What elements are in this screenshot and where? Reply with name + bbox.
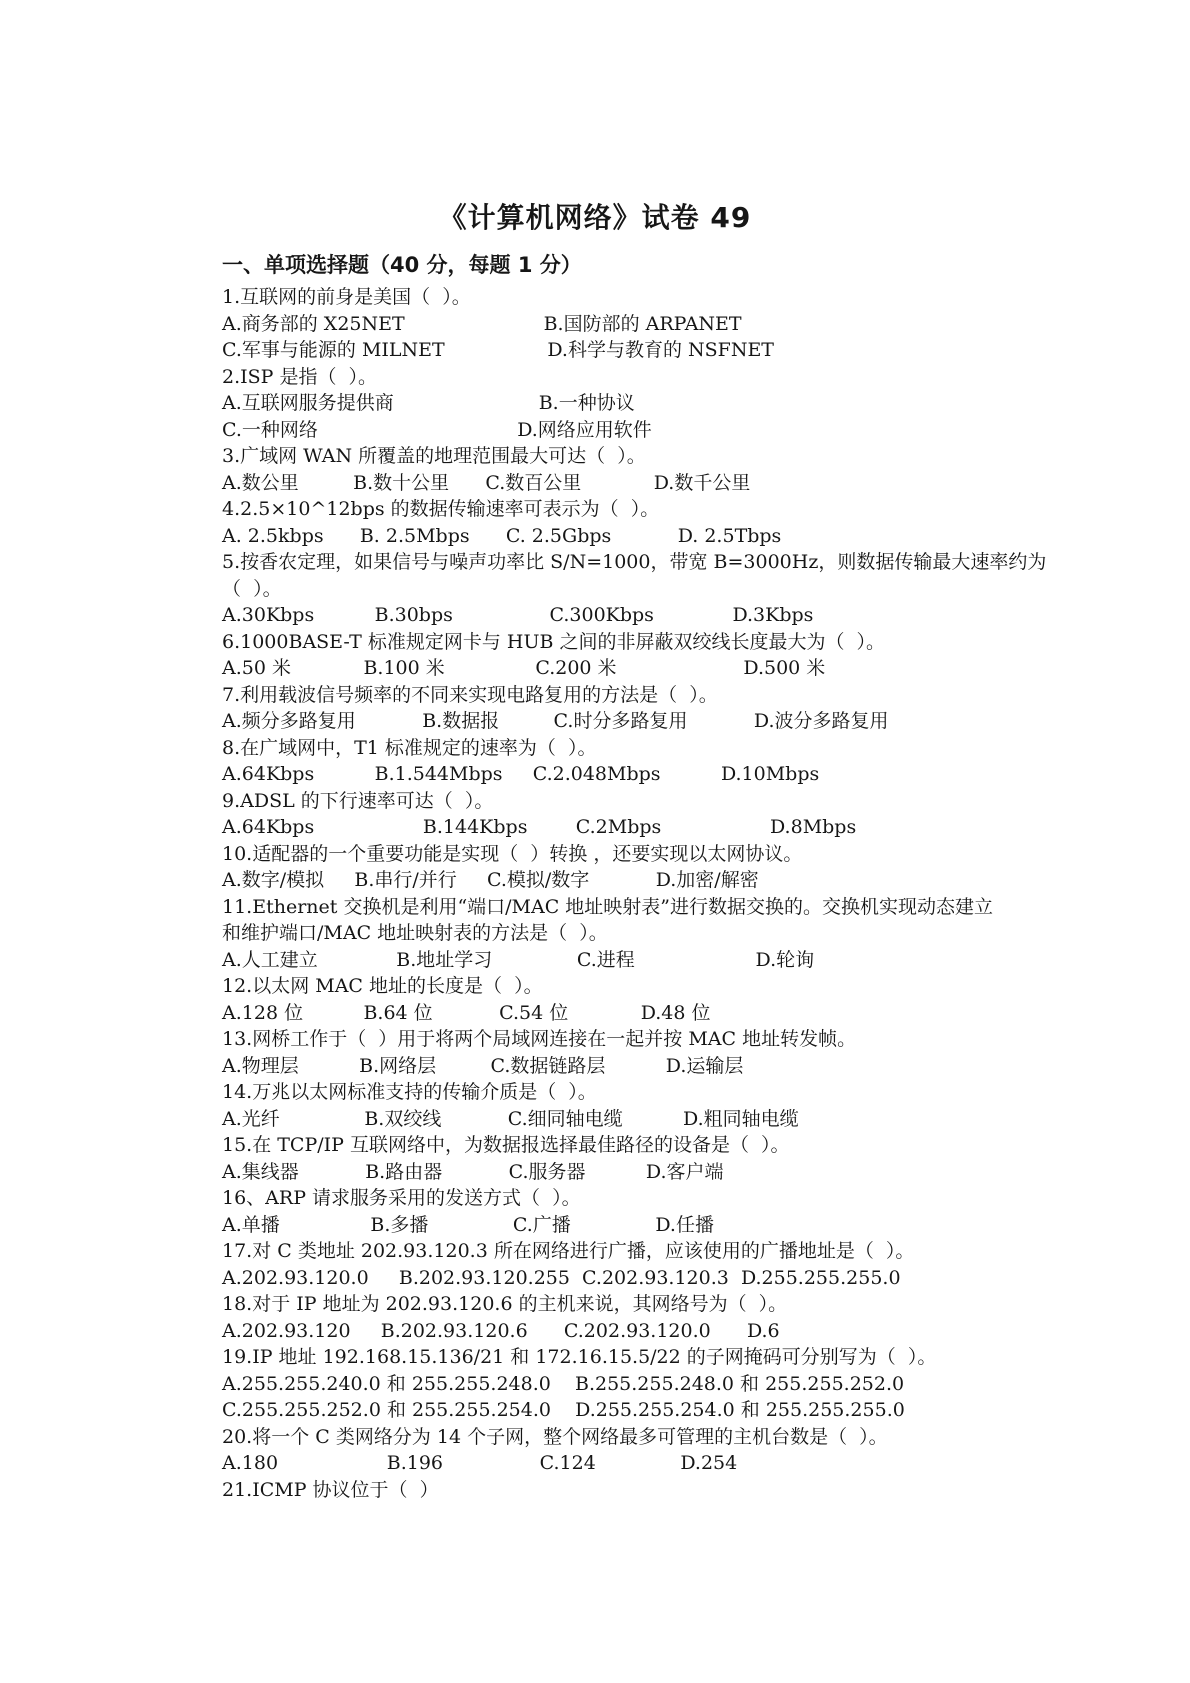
question-8-options: A.64Kbps B.1.544Mbps C.2.048Mbps D.10Mbp… — [222, 761, 1162, 788]
question-11-stem: 和维护端口/MAC 地址映射表的方法是（ ）。 — [222, 920, 1162, 947]
question-1-options: C.军事与能源的 MILNET D.科学与教育的 NSFNET — [222, 337, 1162, 364]
question-11-options: A.人工建立 B.地址学习 C.进程 D.轮询 — [222, 947, 1162, 974]
question-17-stem: 17.对 C 类地址 202.93.120.3 所在网络进行广播，应该使用的广播… — [222, 1238, 1162, 1265]
question-18-options: A.202.93.120 B.202.93.120.6 C.202.93.120… — [222, 1318, 1162, 1345]
page-title: 《计算机网络》试卷 49 — [0, 196, 1190, 236]
question-14-options: A.光纤 B.双绞线 C.细同轴电缆 D.粗同轴电缆 — [222, 1106, 1162, 1133]
question-17-options: A.202.93.120.0 B.202.93.120.255 C.202.93… — [222, 1265, 1162, 1292]
question-13-stem: 13.网桥工作于（ ）用于将两个局域网连接在一起并按 MAC 地址转发帧。 — [222, 1026, 1162, 1053]
question-7-options: A.频分多路复用 B.数据报 C.时分多路复用 D.波分多路复用 — [222, 708, 1162, 735]
question-2-options: A.互联网服务提供商 B.一种协议 — [222, 390, 1162, 417]
question-5-stem: （ ）。 — [222, 576, 1162, 603]
question-12-stem: 12.以太网 MAC 地址的长度是（ ）。 — [222, 973, 1162, 1000]
question-2-options: C.一种网络 D.网络应用软件 — [222, 417, 1162, 444]
question-6-options: A.50 米 B.100 米 C.200 米 D.500 米 — [222, 655, 1162, 682]
question-3-options: A.数公里 B.数十公里 C.数百公里 D.数千公里 — [222, 470, 1162, 497]
question-10-stem: 10.适配器的一个重要功能是实现（ ）转换 ，还要实现以太网协议。 — [222, 841, 1162, 868]
question-19-stem: 19.IP 地址 192.168.15.136/21 和 172.16.15.5… — [222, 1344, 1162, 1371]
exam-page: 《计算机网络》试卷 49 一、单项选择题（40 分，每题 1 分） 1.互联网的… — [0, 0, 1190, 1683]
question-8-stem: 8.在广域网中，T1 标准规定的速率为（ ）。 — [222, 735, 1162, 762]
question-21-stem: 21.ICMP 协议位于（ ） — [222, 1477, 1162, 1504]
question-14-stem: 14.万兆以太网标准支持的传输介质是（ ）。 — [222, 1079, 1162, 1106]
question-12-options: A.128 位 B.64 位 C.54 位 D.48 位 — [222, 1000, 1162, 1027]
question-5-stem: 5.按香农定理，如果信号与噪声功率比 S/N=1000，带宽 B=3000Hz，… — [222, 549, 1162, 576]
question-7-stem: 7.利用载波信号频率的不同来实现电路复用的方法是（ ）。 — [222, 682, 1162, 709]
question-18-stem: 18.对于 IP 地址为 202.93.120.6 的主机来说，其网络号为（ ）… — [222, 1291, 1162, 1318]
question-2-stem: 2.ISP 是指（ ）。 — [222, 364, 1162, 391]
question-16-stem: 16、ARP 请求服务采用的发送方式（ ）。 — [222, 1185, 1162, 1212]
question-5-options: A.30Kbps B.30bps C.300Kbps D.3Kbps — [222, 602, 1162, 629]
question-15-options: A.集线器 B.路由器 C.服务器 D.客户端 — [222, 1159, 1162, 1186]
question-16-options: A.单播 B.多播 C.广播 D.任播 — [222, 1212, 1162, 1239]
question-20-stem: 20.将一个 C 类网络分为 14 个子网，整个网络最多可管理的主机台数是（ ）… — [222, 1424, 1162, 1451]
question-9-options: A.64Kbps B.144Kbps C.2Mbps D.8Mbps — [222, 814, 1162, 841]
question-1-stem: 1.互联网的前身是美国（ ）。 — [222, 284, 1162, 311]
question-4-stem: 4.2.5×10^12bps 的数据传输速率可表示为（ ）。 — [222, 496, 1162, 523]
question-15-stem: 15.在 TCP/IP 互联网络中，为数据报选择最佳路径的设备是（ ）。 — [222, 1132, 1162, 1159]
question-9-stem: 9.ADSL 的下行速率可达（ ）。 — [222, 788, 1162, 815]
question-6-stem: 6.1000BASE-T 标准规定网卡与 HUB 之间的非屏蔽双绞线长度最大为（… — [222, 629, 1162, 656]
question-19-options: A.255.255.240.0 和 255.255.248.0 B.255.25… — [222, 1371, 1162, 1398]
question-13-options: A.物理层 B.网络层 C.数据链路层 D.运输层 — [222, 1053, 1162, 1080]
question-1-options: A.商务部的 X25NET B.国防部的 ARPANET — [222, 311, 1162, 338]
question-3-stem: 3.广域网 WAN 所覆盖的地理范围最大可达（ ）。 — [222, 443, 1162, 470]
question-19-options: C.255.255.252.0 和 255.255.254.0 D.255.25… — [222, 1397, 1162, 1424]
question-11-stem: 11.Ethernet 交换机是利用“端口/MAC 地址映射表”进行数据交换的。… — [222, 894, 1162, 921]
question-4-options: A. 2.5kbps B. 2.5Mbps C. 2.5Gbps D. 2.5T… — [222, 523, 1162, 550]
question-20-options: A.180 B.196 C.124 D.254 — [222, 1450, 1162, 1477]
question-10-options: A.数字/模拟 B.串行/并行 C.模拟/数字 D.加密/解密 — [222, 867, 1162, 894]
section-heading: 一、单项选择题（40 分，每题 1 分） — [222, 249, 582, 279]
question-list: 1.互联网的前身是美国（ ）。A.商务部的 X25NET B.国防部的 ARPA… — [222, 284, 1162, 1503]
